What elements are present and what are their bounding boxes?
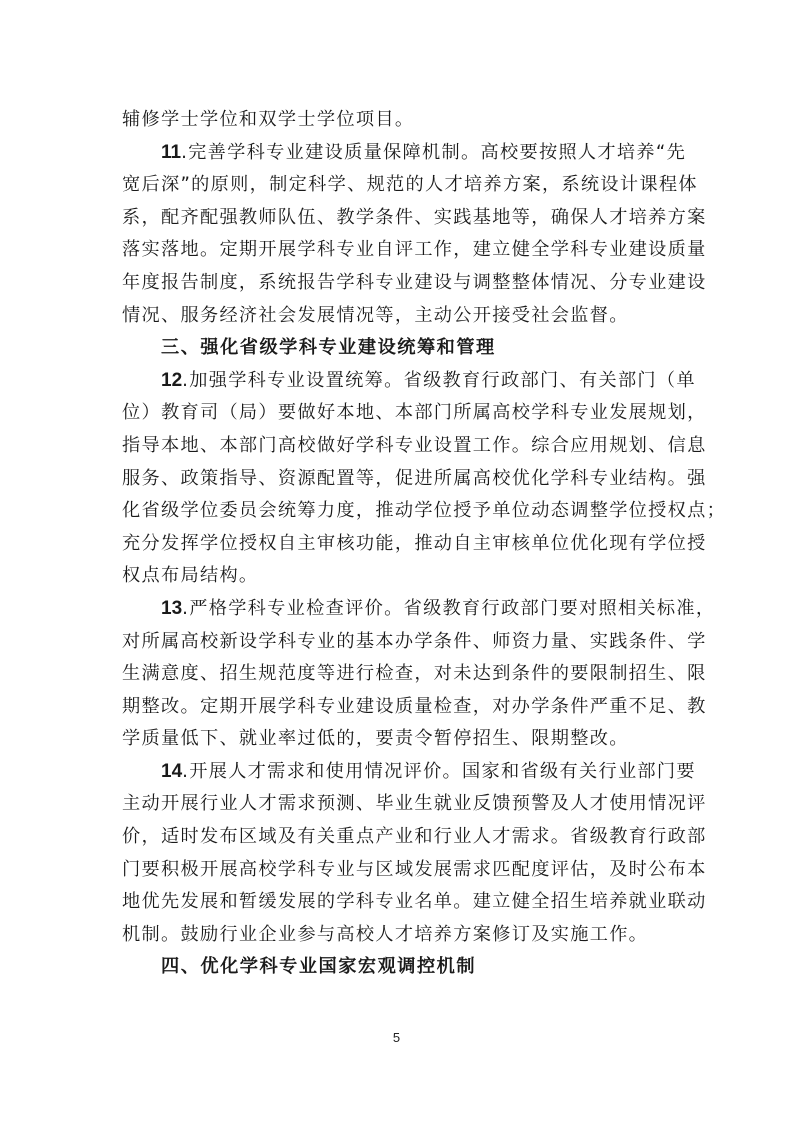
document-page: 辅修学士学位和双学士学位项目。11.完善学科专业建设质量保障机制。高校要按照人才… [122,104,674,984]
section-heading: 四、优化学科专业国家宏观调控机制 [122,951,674,984]
paragraph-line: 系，配齐配强教师队伍、教学条件、实践基地等，确保人才培养方案 [122,202,674,235]
paragraph-line: 价，适时发布区域及有关重点产业和行业人才需求。省级教育行政部 [122,821,674,854]
item-number: 11 [161,142,181,163]
item-number: 13 [161,598,182,619]
paragraph-line: 宽后深”的原则，制定科学、规范的人才培养方案，系统设计课程体 [122,169,674,202]
paragraph-first-line: 14.开展人才需求和使用情况评价。国家和省级有关行业部门要 [122,756,674,789]
paragraph-line: 学质量低下、就业率过低的，要责令暂停招生、限期整改。 [122,723,674,756]
paragraph-line: 指导本地、本部门高校做好学科专业设置工作。综合应用规划、信息 [122,430,674,463]
paragraph-line: 化省级学位委员会统筹力度，推动学位授予单位动态调整学位授权点； [122,495,674,528]
item-number: 12 [161,370,182,391]
paragraph-text: .开展人才需求和使用情况评价。国家和省级有关行业部门要 [182,761,696,782]
paragraph-line: 年度报告制度，系统报告学科专业建设与调整整体情况、分专业建设 [122,267,674,300]
section-heading: 三、强化省级学科专业建设统筹和管理 [122,332,674,365]
paragraph-line: 对所属高校新设学科专业的基本办学条件、师资力量、实践条件、学 [122,626,674,659]
paragraph-line: 位）教育司（局）要做好本地、本部门所属高校学科专业发展规划， [122,397,674,430]
paragraph-line: 生满意度、招生规范度等进行检查，对未达到条件的要限制招生、限 [122,658,674,691]
paragraph-line: 主动开展行业人才需求预测、毕业生就业反馈预警及人才使用情况评 [122,788,674,821]
paragraph-first-line: 12.加强学科专业设置统筹。省级教育行政部门、有关部门（单 [122,365,674,398]
paragraph-line: 情况、服务经济社会发展情况等，主动公开接受社会监督。 [122,300,674,333]
paragraph-line: 服务、政策指导、资源配置等，促进所属高校优化学科专业结构。强 [122,463,674,496]
item-number: 14 [161,761,182,782]
paragraph-line: 权点布局结构。 [122,560,674,593]
paragraph-line: 门要积极开展高校学科专业与区域发展需求匹配度评估，及时公布本 [122,854,674,887]
paragraph-line: 机制。鼓励行业企业参与高校人才培养方案修订及实施工作。 [122,919,674,952]
paragraph-line: 辅修学士学位和双学士学位项目。 [122,104,674,137]
paragraph-first-line: 11.完善学科专业建设质量保障机制。高校要按照人才培养“先 [122,137,674,170]
paragraph-line: 期整改。定期开展学科专业建设质量检查，对办学条件严重不足、教 [122,691,674,724]
paragraph-line: 落实落地。定期开展学科专业自评工作，建立健全学科专业建设质量 [122,234,674,267]
paragraph-line: 地优先发展和暂缓发展的学科专业名单。建立健全招生培养就业联动 [122,886,674,919]
paragraph-text: .完善学科专业建设质量保障机制。高校要按照人才培养“先 [181,142,686,163]
paragraph-text: .严格学科专业检查评价。省级教育行政部门要对照相关标准， [182,598,715,619]
paragraph-first-line: 13.严格学科专业检查评价。省级教育行政部门要对照相关标准， [122,593,674,626]
paragraph-text: .加强学科专业设置统筹。省级教育行政部门、有关部门（单 [182,370,696,391]
page-number: 5 [0,1030,793,1045]
paragraph-line: 充分发挥学位授权自主审核功能，推动自主审核单位优化现有学位授 [122,528,674,561]
